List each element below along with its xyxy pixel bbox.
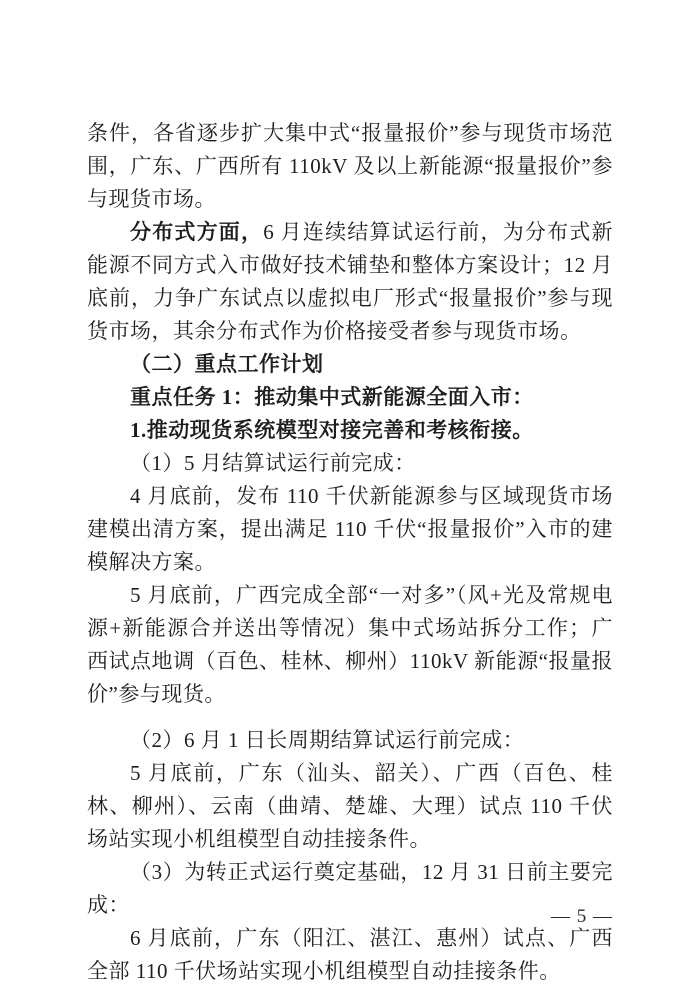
milestone-1-item-april: 4 月底前，发布 110 千伏新能源参与区域现货市场建模出清方案，提出满足 11… bbox=[87, 480, 613, 579]
section-heading: （二）重点工作计划 bbox=[87, 348, 613, 381]
milestone-3-item-june: 6 月底前，广东（阳江、湛江、惠州）试点、广西全部 110 千伏场站实现小机组模… bbox=[87, 922, 613, 988]
milestone-2-heading: （2）6 月 1 日长周期结算试运行前完成： bbox=[87, 724, 613, 757]
paragraph-lead-bold: 分布式方面， bbox=[130, 220, 263, 244]
paragraph-continuation: 条件，各省逐步扩大集中式“报量报价”参与现货市场范围，广东、广西所有 110kV… bbox=[87, 117, 613, 216]
milestone-1-heading: （1）5 月结算试运行前完成： bbox=[87, 447, 613, 480]
document-page: 条件，各省逐步扩大集中式“报量报价”参与现货市场范围，广东、广西所有 110kV… bbox=[0, 0, 700, 989]
milestone-1-item-may: 5 月底前，广西完成全部“一对多”（风+光及常规电源+新能源合并送出等情况）集中… bbox=[87, 579, 613, 711]
milestone-3-heading: （3）为转正式运行奠定基础，12 月 31 日前主要完成： bbox=[87, 856, 613, 922]
task-heading: 重点任务 1：推动集中式新能源全面入市： bbox=[87, 381, 613, 414]
page-number: — 5 — bbox=[551, 906, 613, 928]
document-body: 条件，各省逐步扩大集中式“报量报价”参与现货市场范围，广东、广西所有 110kV… bbox=[87, 117, 613, 988]
milestone-2-item-may: 5 月底前，广东（汕头、韶关）、广西（百色、桂林、柳州）、云南（曲靖、楚雄、大理… bbox=[87, 757, 613, 856]
paragraph-distributed: 分布式方面，6 月连续结算试运行前，为分布式新能源不同方式入市做好技术铺垫和整体… bbox=[87, 216, 613, 348]
subtask-heading: 1.推动现货系统模型对接完善和考核衔接。 bbox=[87, 414, 613, 447]
